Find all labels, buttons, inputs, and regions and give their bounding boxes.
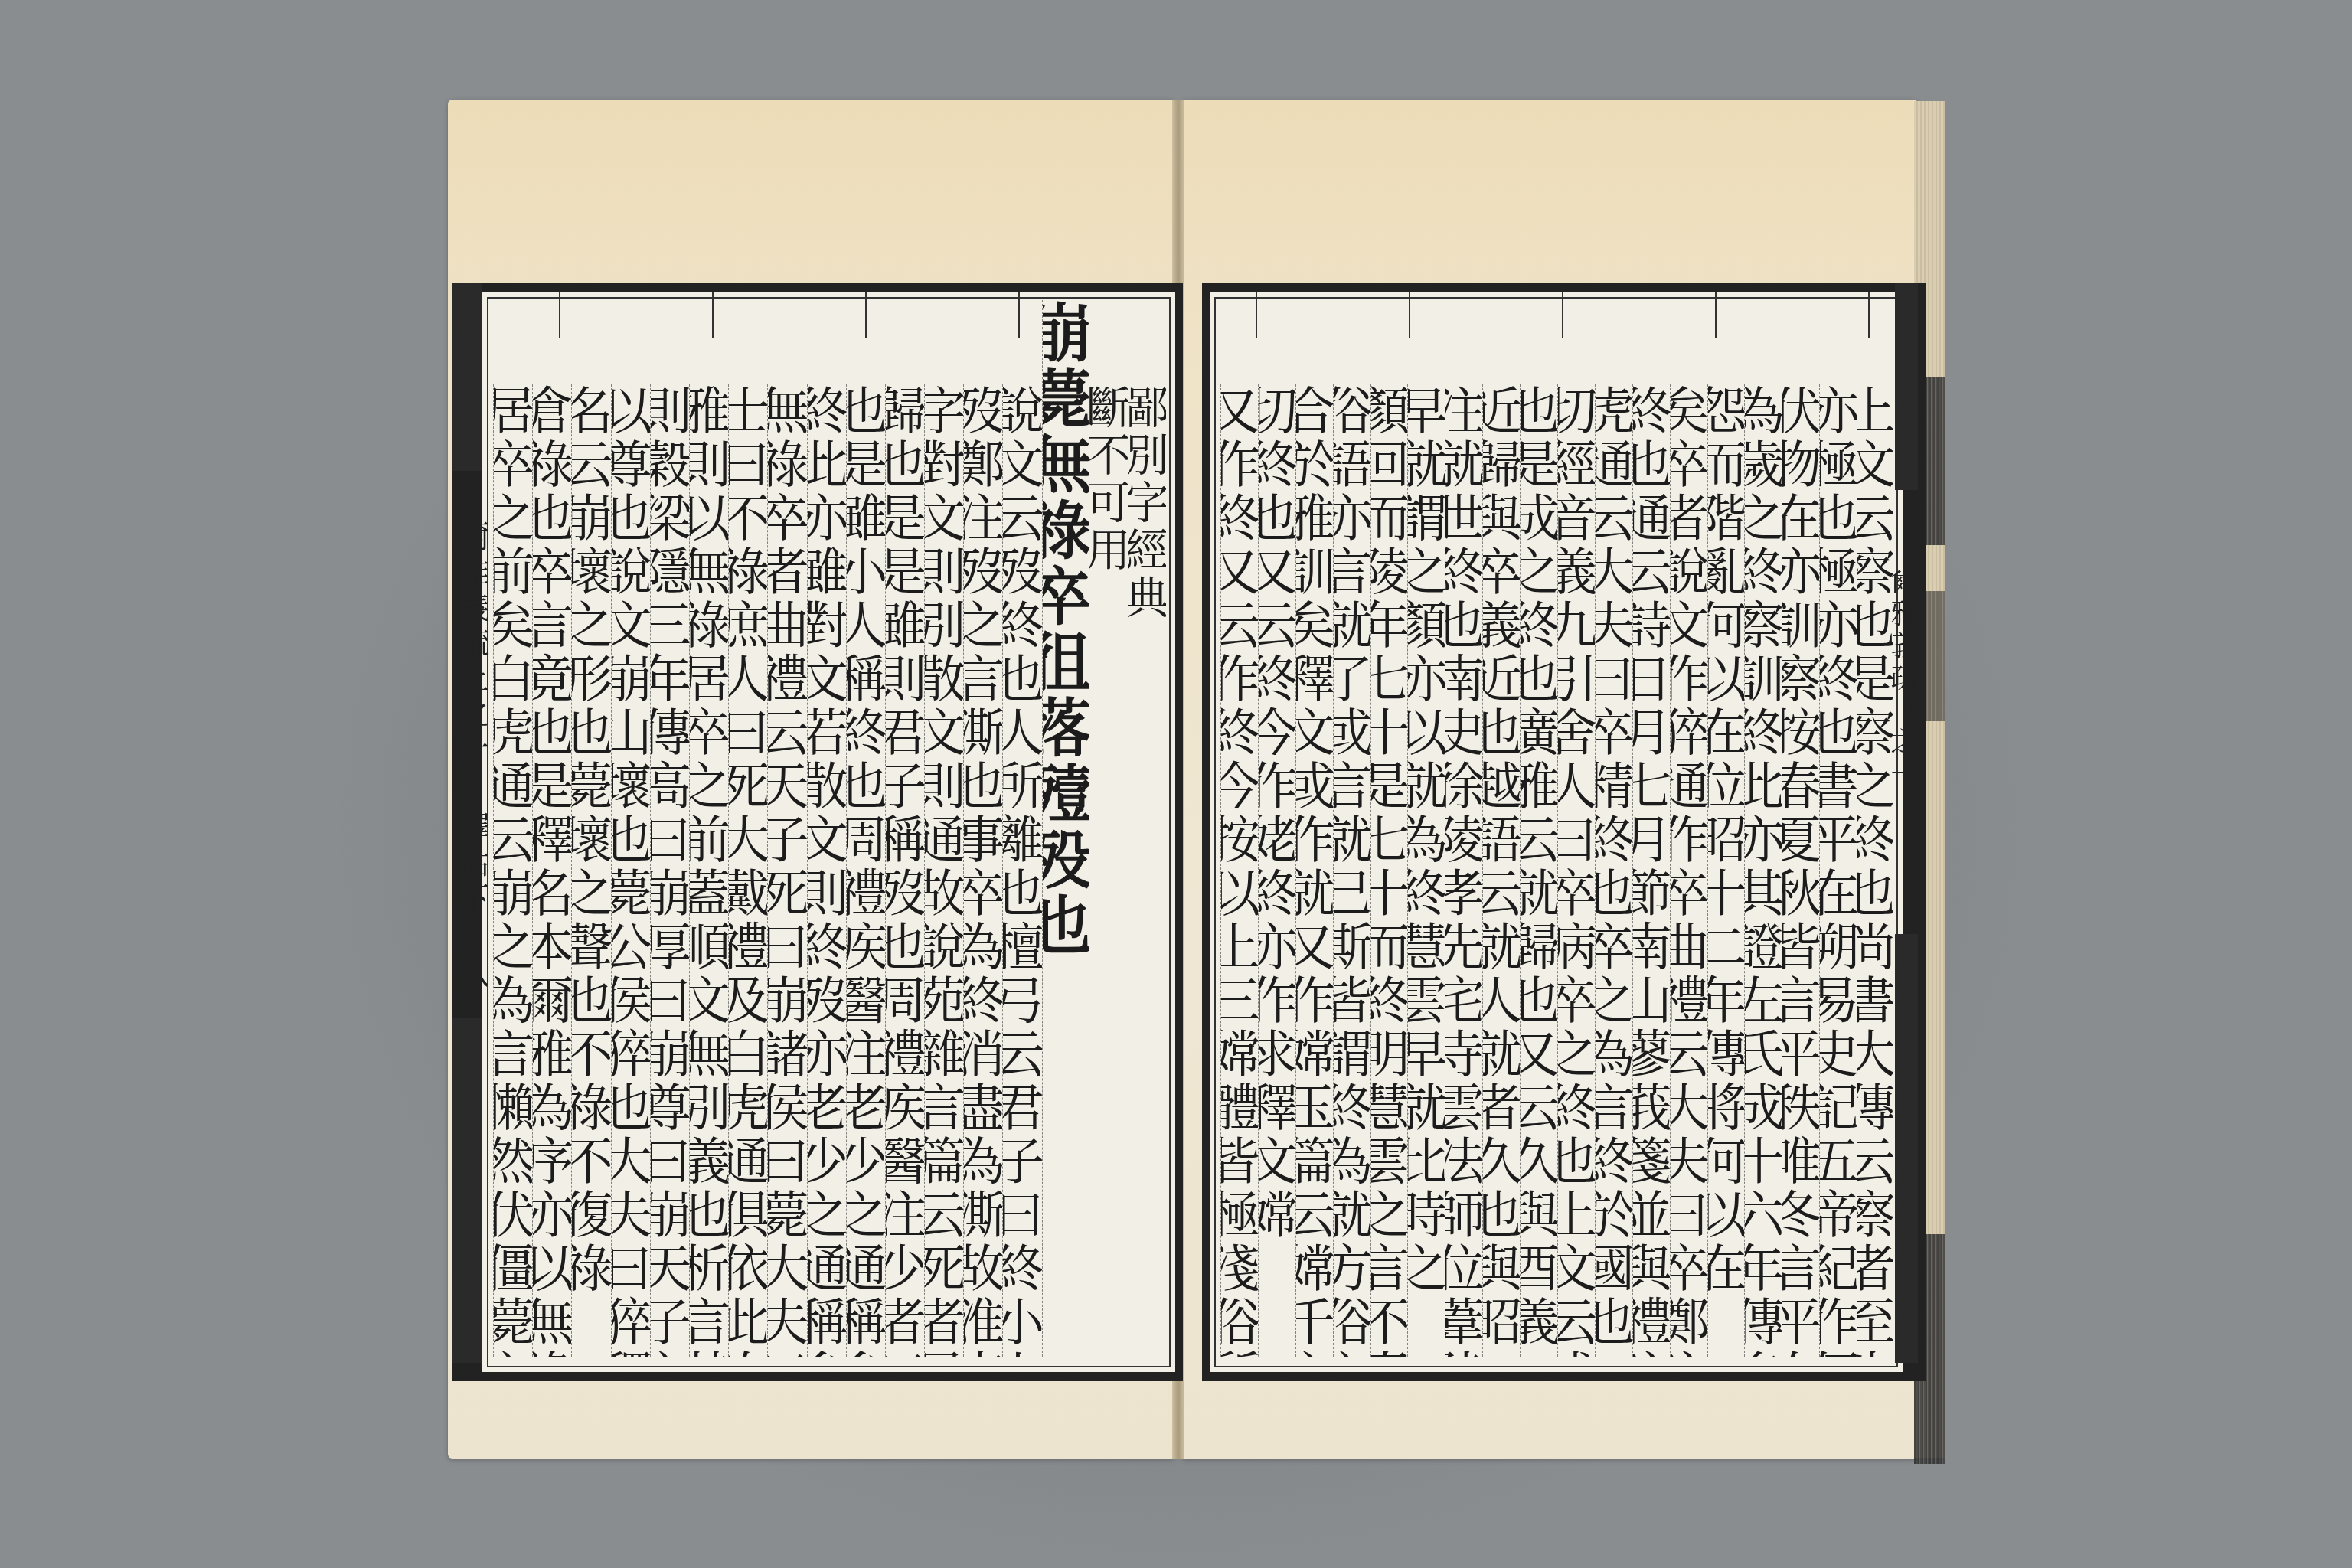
commentary-column: 終此亦雖對文若散文則終歿亦老少之通稱矣崩薨 [807,384,846,1357]
commentary-column: 切終也又云終今作姥終亦作求釋文嫦 [1258,384,1295,1357]
commentary-column: 歸也是是雖則君子稱歿也周禮疾醫注少者曰死老者曰終 [885,384,924,1357]
commentary-column: 也是成之終也廣雅云就歸也又云久與酉義 [1520,384,1557,1357]
column-tick [559,292,560,338]
commentary-column: 歿鄭注歿之言澌也事卒為終消盡為澌故淮南精神篇云生寄也死歸也 [963,384,1002,1357]
left-edge-chapter: 釋詁下 [455,812,488,917]
headword-column: 崩薨無祿卒徂落殪殁也 [1042,300,1089,1357]
commentary-column: 居卒之前矣白虎通云崩之為言懶然伏僵薨之言 [493,384,532,1357]
commentary-column: 則穀梁隱三年傳高曰崩厚曰崩尊曰崩天子之崩 [650,384,689,1357]
commentary-column: 說文云歿終也人所離也檀弓云君子曰終小人曰死 [1002,384,1041,1357]
note-column: 斷不可用 [1089,384,1128,1357]
commentary-column: 終也通云詩日月七月節南山蓼莪箋並與禮注同 [1632,384,1670,1357]
commentary-column: 顏回而陵年七十是七十而終明慧雲之言不壽也今 [1370,384,1408,1357]
column-tick [1562,292,1563,338]
commentary-column: 虎通云大夫曰卒精終也卒之為言終於國也一 [1595,384,1632,1357]
commentary-column: 也是雖小人稱終也周禮疾醫注老少之通稱矣崩薨 [846,384,885,1357]
column-tick [1868,292,1870,338]
commentary-column: 亦極也極亦終也書平在朔易史記五帝紀作便在 [1819,384,1857,1357]
left-fishtail-top [452,283,482,471]
right-fishtail-bottom [1895,934,1918,1363]
commentary-column: 無祿卒者曲禮云天子死曰崩諸侯曰薨大夫曰卒 [767,384,806,1357]
left-text-columns: 鄙別字經典斷不可用崩薨無祿卒徂落殪殁也說文云歿終也人所離也檀弓云君子曰終小人曰死… [493,384,1166,1357]
commentary-column: 注就世終也南史徐陵孝先宅寺雲法師位葦陵 [1445,384,1482,1357]
commentary-column: 怨而階亂何以在位昭十二年傳將何以在 [1707,384,1745,1357]
commentary-column: 切經音義九引舍人曰卒病卒之終也上文云成 [1557,384,1595,1357]
commentary-column: 又作終又云作終今按以上三嫦體皆極淺俗所謂近 [1220,384,1258,1357]
right-text-columns: 上文云察也是察之終也尚書大傳云察者至也至亦極也極亦終也書平在朔易史記五帝紀作便在… [1220,384,1893,1357]
right-fishtail-top [1895,283,1918,490]
commentary-column: 為歲之終察訓終此亦其證左氏成十六年傳多 [1744,384,1782,1357]
column-tick [712,292,714,338]
commentary-column: 近歸與卒義近也越語云就人就者久也與昭 [1482,384,1520,1357]
left-fishtail-bottom [452,1018,482,1363]
commentary-column: 合於雅訓矣釋文或作就又作嫦玉篇云嫦千六 [1295,384,1333,1357]
commentary-column: 倉祿也卒言竟也是釋名本爾雅為序亦以無祿 [532,384,571,1357]
column-tick [865,292,867,338]
note-column: 鄙別字經典 [1128,384,1166,1357]
right-print-block: 上文云察也是察之終也尚書大傳云察者至也至亦極也極亦終也書平在朔易史記五帝紀作便在… [1202,283,1926,1381]
commentary-column: 名云崩壞之形也薨壞之聲也不祿不復祿 [571,384,610,1357]
commentary-column: 以尊也說文崩山壞也薨公侯猝也大夫曰猝釋 [611,384,650,1357]
commentary-column: 早就謂之顏亦以就為終慧雲早就比時之 [1407,384,1445,1357]
commentary-column: 伏物在亦訓察按春夏秋皆言平秩唯冬言平在 [1782,384,1819,1357]
column-tick [1256,292,1257,338]
commentary-column: 上文云察也是察之終也尚書大傳云察者至也至 [1857,384,1893,1357]
right-edge-title: 爾雅義疏上之一 [1885,567,1919,792]
left-print-block: 鄙別字經典斷不可用崩薨無祿卒徂落殪殁也說文云歿終也人所離也檀弓云君子曰終小人曰死… [452,283,1183,1381]
column-tick [1409,292,1410,338]
commentary-column: 矣卒者說文作猝通作卒曲禮云大夫曰卒鄭注亦 [1670,384,1707,1357]
left-edge-leaf: 八 [455,957,488,992]
commentary-column: 字對文則別散文則通故說苑雜言篇云死者民之終也 [924,384,963,1357]
column-tick [1018,292,1020,338]
left-edge-title: 爾雅義疏上之一 [455,521,488,767]
column-tick [1715,292,1717,338]
commentary-column: 雅則以無祿居卒之前蓋順文無別義也析言其義 [689,384,728,1357]
commentary-column: 俗語亦言就了或言就已斯皆謂終為就方俗之語 [1333,384,1370,1357]
commentary-column: 士曰不祿庶人曰死大戴禮及白虎通俱依此次爾 [728,384,767,1357]
